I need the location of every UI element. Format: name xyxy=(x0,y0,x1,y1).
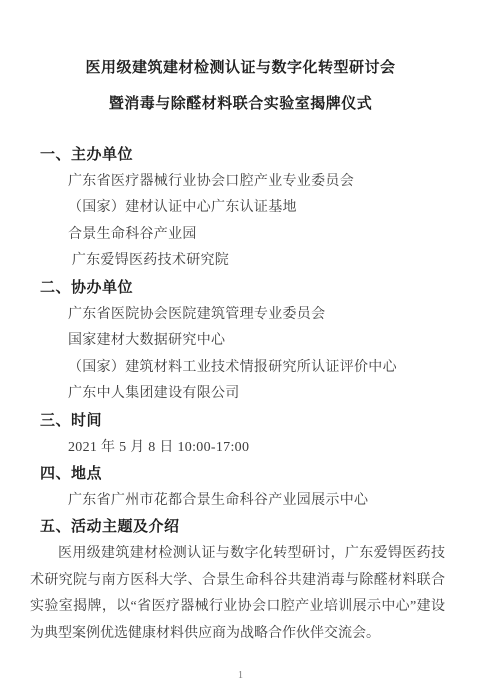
coorganizer-org-item: 广东省医院协会医院建筑管理专业委员会 xyxy=(68,302,451,329)
title-line-2: 暨消毒与除醛材料联合实验室揭牌仪式 xyxy=(0,86,481,122)
host-org-item: 广东省医疗器械行业协会口腔产业专业委员会 xyxy=(68,169,451,196)
event-location: 广东省广州市花都合景生命科谷产业园展示中心 xyxy=(68,488,451,515)
host-org-item: 合景生命科谷产业园 xyxy=(68,222,451,249)
theme-description-paragraph: 医用级建筑建材检测认证与数字化转型研讨，广东爱锝医药技术研究院与南方医科大学、合… xyxy=(30,541,445,647)
section-heading-hosts: 一、主办单位 xyxy=(40,142,451,169)
event-time: 2021 年 5 月 8 日 10:00-17:00 xyxy=(68,435,451,462)
page-number: 1 xyxy=(0,670,481,681)
host-org-item: （国家）建材认证中心广东认证基地 xyxy=(68,195,451,222)
host-org-item: 广东爱锝医药技术研究院 xyxy=(68,248,451,275)
title-line-1: 医用级建筑建材检测认证与数字化转型研讨会 xyxy=(0,50,481,86)
coorganizer-org-item: 国家建材大数据研究中心 xyxy=(68,328,451,355)
section-heading-coorganizers: 二、协办单位 xyxy=(40,275,451,302)
document-body: 一、主办单位 广东省医疗器械行业协会口腔产业专业委员会 （国家）建材认证中心广东… xyxy=(0,142,481,647)
coorganizer-org-item: （国家）建筑材料工业技术情报研究所认证评价中心 xyxy=(68,355,451,382)
document-page: 医用级建筑建材检测认证与数字化转型研讨会 暨消毒与除醛材料联合实验室揭牌仪式 一… xyxy=(0,0,481,698)
coorganizer-org-item: 广东中人集团建设有限公司 xyxy=(68,381,451,408)
section-heading-time: 三、时间 xyxy=(40,408,451,435)
section-heading-location: 四、地点 xyxy=(40,461,451,488)
document-title: 医用级建筑建材检测认证与数字化转型研讨会 暨消毒与除醛材料联合实验室揭牌仪式 xyxy=(0,0,481,122)
section-heading-theme: 五、活动主题及介绍 xyxy=(40,514,451,541)
